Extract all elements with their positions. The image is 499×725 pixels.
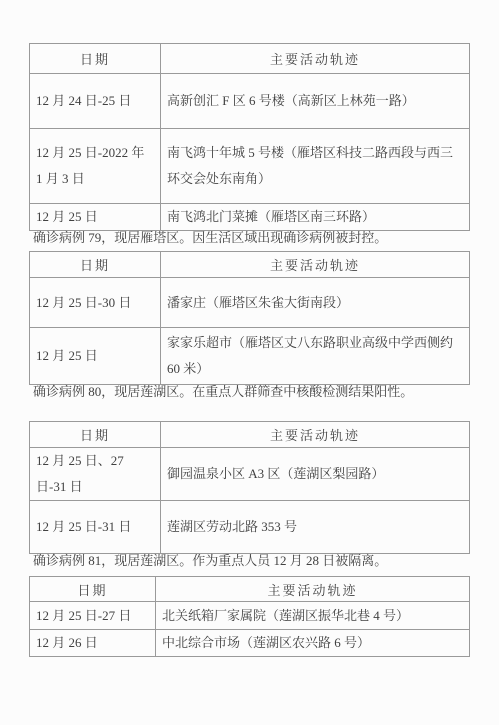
activity-track-table-4: 日期 主要活动轨迹 12 月 25 日-27 日 北关纸箱厂家属院（莲湖区振华北…: [29, 576, 470, 657]
case-79-note: 确诊病例 79，现居雁塔区。因生活区域出现确诊病例被封控。: [33, 231, 387, 245]
table-row: 12 月 25 日-27 日 北关纸箱厂家属院（莲湖区振华北巷 4 号）: [30, 602, 470, 630]
table-row: 12 月 25 日 家家乐超市（雁塔区丈八东路职业高级中学西侧约 60 米）: [30, 328, 470, 385]
date-column-header: 日期: [30, 422, 161, 448]
date-column-header: 日期: [30, 44, 161, 74]
activity-cell: 御园温泉小区 A3 区（莲湖区梨园路）: [161, 448, 470, 501]
activity-track-table-2: 日期 主要活动轨迹 12 月 25 日-30 日 潘家庄（雁塔区朱雀大街南段） …: [29, 251, 470, 385]
activity-cell: 家家乐超市（雁塔区丈八东路职业高级中学西侧约 60 米）: [161, 328, 470, 385]
activity-column-header: 主要活动轨迹: [161, 422, 470, 448]
date-cell: 12 月 25 日-2022 年 1 月 3 日: [30, 129, 161, 204]
activity-cell: 南飞鸿十年城 5 号楼（雁塔区科技二路西段与西三环交会处东南角）: [161, 129, 470, 204]
activity-cell: 南飞鸿北门菜摊（雁塔区南三环路）: [161, 204, 470, 231]
activity-track-table-1: 日期 主要活动轨迹 12 月 24 日-25 日 高新创汇 F 区 6 号楼（高…: [29, 43, 470, 231]
table-row: 12 月 25 日-2022 年 1 月 3 日 南飞鸿十年城 5 号楼（雁塔区…: [30, 129, 470, 204]
date-cell: 12 月 26 日: [30, 630, 156, 657]
activity-column-header: 主要活动轨迹: [161, 44, 470, 74]
table-row: 12 月 25 日 南飞鸿北门菜摊（雁塔区南三环路）: [30, 204, 470, 231]
activity-column-header: 主要活动轨迹: [156, 577, 470, 602]
date-cell: 12 月 25 日: [30, 328, 161, 385]
date-cell: 12 月 25 日: [30, 204, 161, 231]
date-cell: 12 月 25 日-27 日: [30, 602, 156, 630]
epidemic-track-document: 日期 主要活动轨迹 12 月 24 日-25 日 高新创汇 F 区 6 号楼（高…: [0, 0, 499, 725]
activity-cell: 莲湖区劳动北路 353 号: [161, 501, 470, 554]
activity-track-table-3: 日期 主要活动轨迹 12 月 25 日、27 日-31 日 御园温泉小区 A3 …: [29, 421, 470, 554]
table-header-row: 日期 主要活动轨迹: [30, 577, 470, 602]
date-column-header: 日期: [30, 252, 161, 278]
activity-cell: 潘家庄（雁塔区朱雀大街南段）: [161, 278, 470, 328]
table-row: 12 月 25 日、27 日-31 日 御园温泉小区 A3 区（莲湖区梨园路）: [30, 448, 470, 501]
case-81-note: 确诊病例 81，现居莲湖区。作为重点人员 12 月 28 日被隔离。: [33, 554, 387, 568]
table-row: 12 月 26 日 中北综合市场（莲湖区农兴路 6 号）: [30, 630, 470, 657]
date-cell: 12 月 25 日-31 日: [30, 501, 161, 554]
date-cell: 12 月 24 日-25 日: [30, 74, 161, 129]
table-header-row: 日期 主要活动轨迹: [30, 252, 470, 278]
activity-column-header: 主要活动轨迹: [161, 252, 470, 278]
date-cell: 12 月 25 日-30 日: [30, 278, 161, 328]
activity-cell: 中北综合市场（莲湖区农兴路 6 号）: [156, 630, 470, 657]
table-header-row: 日期 主要活动轨迹: [30, 44, 470, 74]
date-column-header: 日期: [30, 577, 156, 602]
table-row: 12 月 25 日-30 日 潘家庄（雁塔区朱雀大街南段）: [30, 278, 470, 328]
table-header-row: 日期 主要活动轨迹: [30, 422, 470, 448]
activity-cell: 北关纸箱厂家属院（莲湖区振华北巷 4 号）: [156, 602, 470, 630]
activity-cell: 高新创汇 F 区 6 号楼（高新区上林苑一路）: [161, 74, 470, 129]
case-80-note: 确诊病例 80，现居莲湖区。在重点人群筛查中核酸检测结果阳性。: [33, 385, 413, 399]
table-row: 12 月 24 日-25 日 高新创汇 F 区 6 号楼（高新区上林苑一路）: [30, 74, 470, 129]
date-cell: 12 月 25 日、27 日-31 日: [30, 448, 161, 501]
table-row: 12 月 25 日-31 日 莲湖区劳动北路 353 号: [30, 501, 470, 554]
